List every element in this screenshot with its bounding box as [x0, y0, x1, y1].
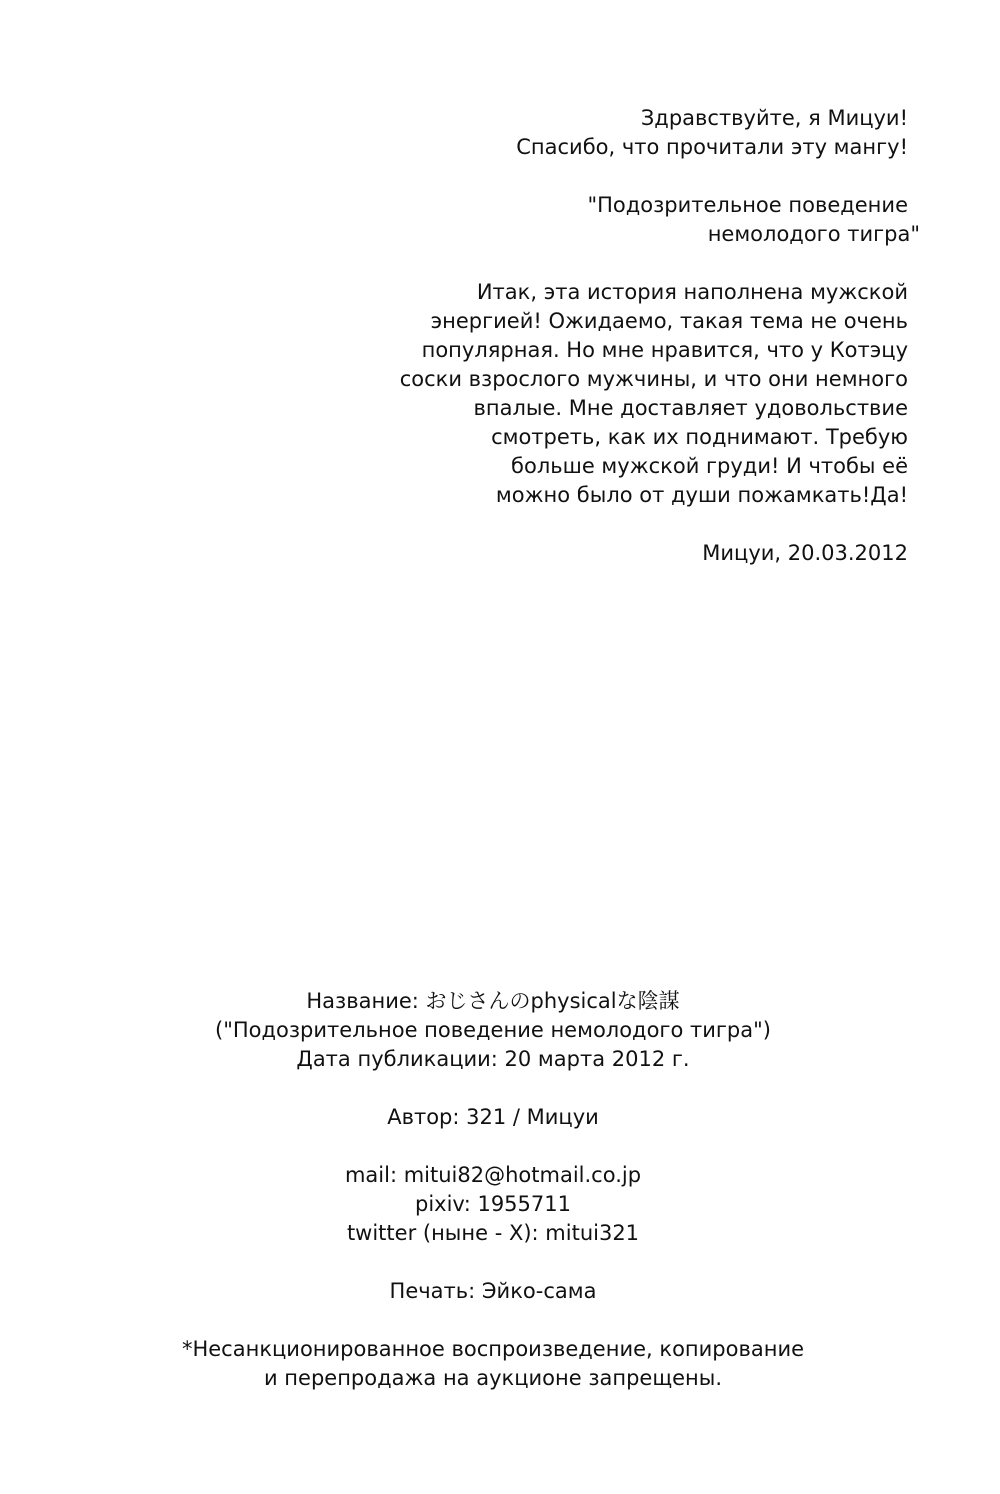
twitter-line: twitter (ныне - X): mitui321	[0, 1219, 986, 1248]
pixiv-line: pixiv: 1955711	[0, 1190, 986, 1219]
signature: Мицуи, 20.03.2012	[348, 539, 908, 568]
body-line: энергией! Ожидаемо, такая тема не очень	[348, 307, 908, 336]
publication-info: Название: おじさんのphysicalな陰謀 ("Подозритель…	[0, 987, 986, 1074]
body-line: Итак, эта история наполнена мужской	[348, 278, 908, 307]
body-line: соски взрослого мужчины, и что они немно…	[348, 365, 908, 394]
greeting: Здравствуйте, я Мицуи! Спасибо, что проч…	[348, 104, 908, 162]
title-quote-line: немолодого тигра"	[348, 220, 920, 249]
author-info: Автор: 321 / Мицуи	[0, 1103, 986, 1132]
printing-info: Печать: Эйко-сама	[0, 1277, 986, 1306]
thanks-line: Спасибо, что прочитали эту мангу!	[348, 133, 908, 162]
signature-line: Мицуи, 20.03.2012	[348, 539, 908, 568]
colophon-block: Название: おじさんのphysicalな陰謀 ("Подозритель…	[0, 987, 986, 1422]
body-line: популярная. Но мне нравится, что у Котэц…	[348, 336, 908, 365]
body-line: впалые. Мне доставляет удовольствие	[348, 394, 908, 423]
body-line: больше мужской груди! И чтобы её	[348, 452, 908, 481]
notice-line: и перепродажа на аукционе запрещены.	[0, 1364, 986, 1393]
notice-line: *Несанкционированное воспроизведение, ко…	[0, 1335, 986, 1364]
contact-info: mail: mitui82@hotmail.co.jp pixiv: 19557…	[0, 1161, 986, 1248]
copyright-notice: *Несанкционированное воспроизведение, ко…	[0, 1335, 986, 1393]
afterword-body: Итак, эта история наполнена мужской энер…	[348, 278, 908, 510]
printing-line: Печать: Эйко-сама	[0, 1277, 986, 1306]
greeting-line: Здравствуйте, я Мицуи!	[348, 104, 908, 133]
title-line: Название: おじさんのphysicalな陰謀	[0, 987, 986, 1016]
title-quote: "Подозрительное поведение немолодого тиг…	[348, 191, 908, 249]
publication-date: Дата публикации: 20 марта 2012 г.	[0, 1045, 986, 1074]
body-line: можно было от души пожамкать!Да!	[348, 481, 908, 510]
title-translation: ("Подозрительное поведение немолодого ти…	[0, 1016, 986, 1045]
title-quote-line: "Подозрительное поведение	[348, 191, 908, 220]
author-line: Автор: 321 / Мицуи	[0, 1103, 986, 1132]
afterword-block: Здравствуйте, я Мицуи! Спасибо, что проч…	[348, 104, 908, 597]
mail-line: mail: mitui82@hotmail.co.jp	[0, 1161, 986, 1190]
body-line: смотреть, как их поднимают. Требую	[348, 423, 908, 452]
